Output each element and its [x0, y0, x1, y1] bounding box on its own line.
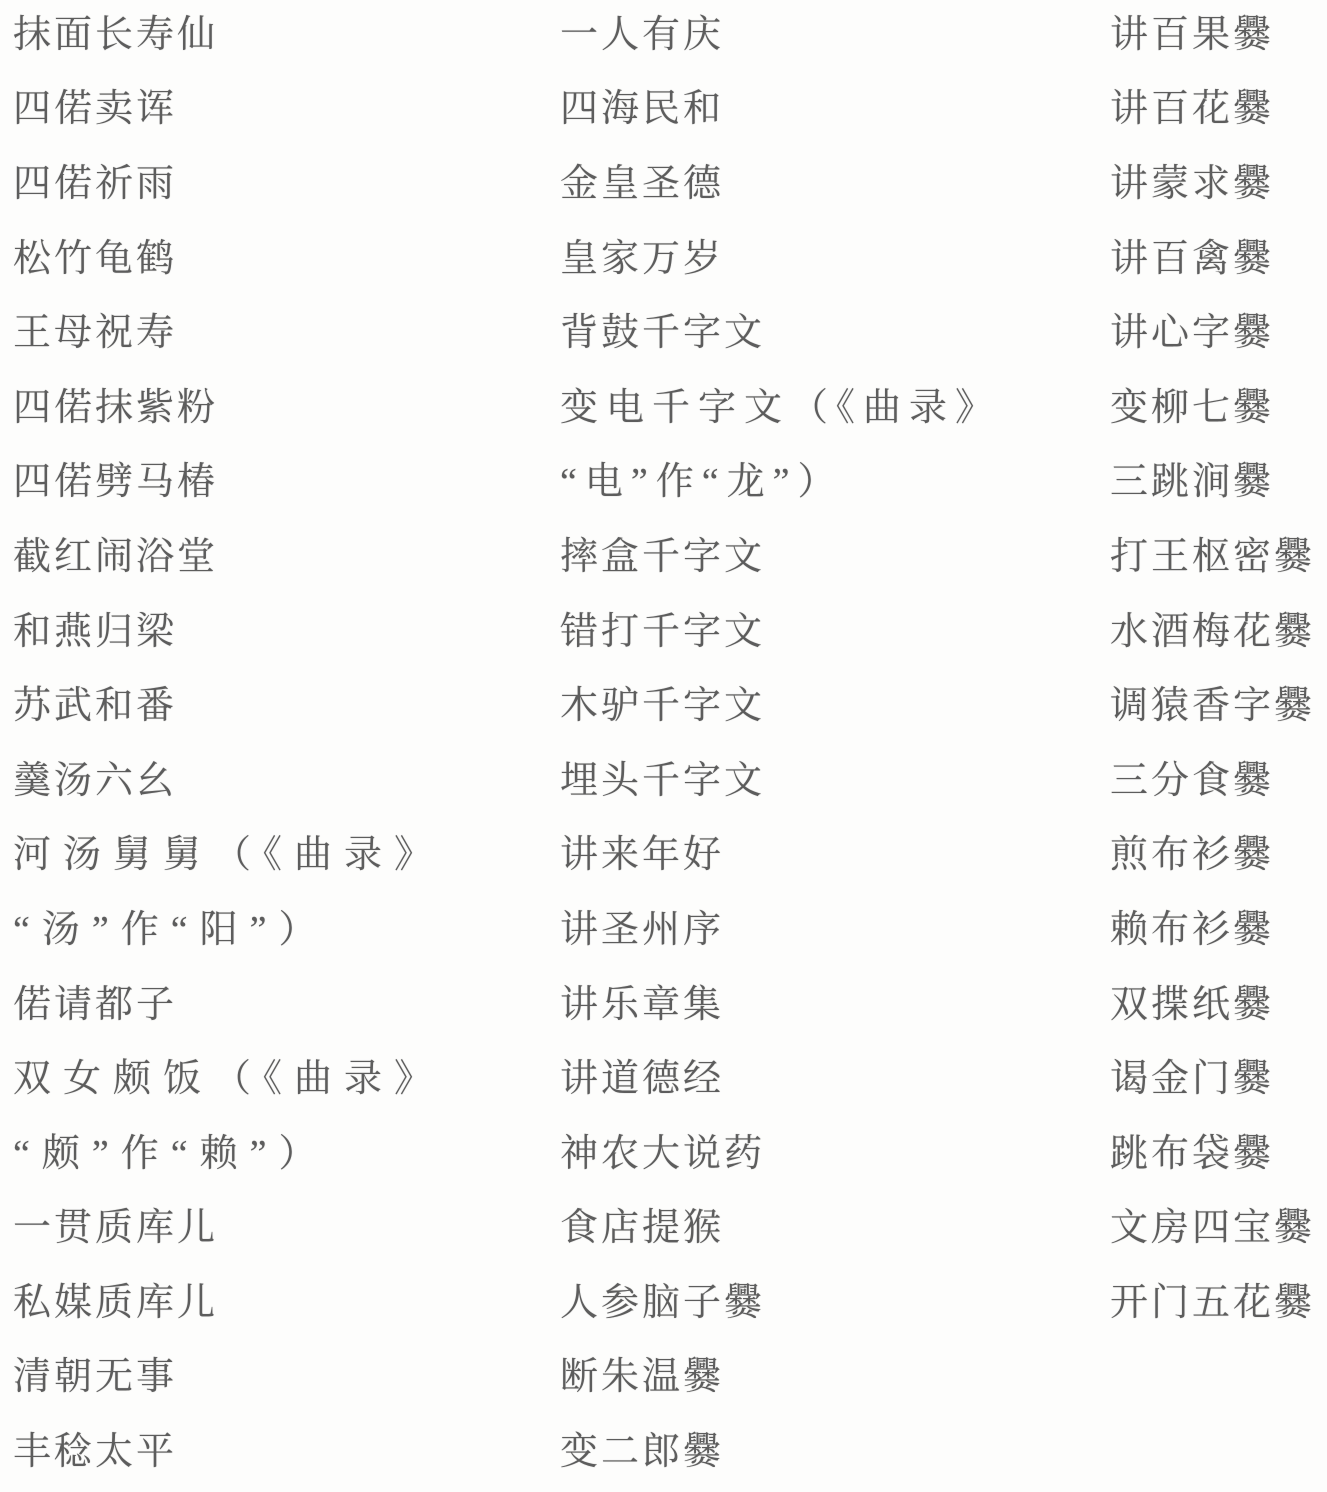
title-entry — [1110, 1410, 1327, 1485]
title-entry: 一人有庆 — [560, 0, 1110, 68]
scanned-book-page: 抹面长寿仙一人有庆讲百果爨四偌卖诨四海民和讲百花爨四偌祈雨金皇圣德讲蒙求爨松竹龟… — [0, 0, 1327, 1492]
title-entry: 三跳涧爨 — [1110, 441, 1327, 516]
title-entry: 讲道德经 — [560, 1037, 1110, 1112]
title-entry: 讲百花爨 — [1110, 68, 1327, 143]
title-entry: 食店提猴 — [560, 1187, 1110, 1262]
title-entry: 错打千字文 — [560, 590, 1110, 665]
title-entry: 一贯质库儿 — [13, 1187, 560, 1262]
title-list: 抹面长寿仙一人有庆讲百果爨四偌卖诨四海民和讲百花爨四偌祈雨金皇圣德讲蒙求爨松竹龟… — [13, 0, 1327, 1485]
title-entry: 调猿香字爨 — [1110, 664, 1327, 739]
title-entry: 讲百果爨 — [1110, 0, 1327, 68]
title-entry: 背鼓千字文 — [560, 291, 1110, 366]
title-entry: 讲来年好 — [560, 814, 1110, 889]
title-entry: “电”作“龙”） — [560, 441, 1110, 516]
title-entry: 讲心字爨 — [1110, 291, 1327, 366]
title-entry: 三分食爨 — [1110, 739, 1327, 814]
title-entry: 人参脑子爨 — [560, 1261, 1110, 1336]
title-entry: 水酒梅花爨 — [1110, 590, 1327, 665]
title-entry: 四偌祈雨 — [13, 142, 560, 217]
title-entry: 开门五花爨 — [1110, 1261, 1327, 1336]
title-entry: 打王枢密爨 — [1110, 515, 1327, 590]
title-entry: 王母祝寿 — [13, 291, 560, 366]
title-entry: 断朱温爨 — [560, 1336, 1110, 1411]
title-entry: 文房四宝爨 — [1110, 1187, 1327, 1262]
title-entry: 变柳七爨 — [1110, 366, 1327, 441]
title-entry: 变电千字文（《曲录》 — [560, 366, 1110, 441]
title-entry: 四偌抹紫粉 — [13, 366, 560, 441]
title-entry: 苏武和番 — [13, 664, 560, 739]
title-entry: 神农大说药 — [560, 1112, 1110, 1187]
title-entry: 和燕归梁 — [13, 590, 560, 665]
title-entry: 四偌劈马椿 — [13, 441, 560, 516]
title-entry: 双女颇饭（《曲录》 — [13, 1037, 560, 1112]
title-entry: 抹面长寿仙 — [13, 0, 560, 68]
title-entry: 清朝无事 — [13, 1336, 560, 1411]
title-entry: 木驴千字文 — [560, 664, 1110, 739]
title-entry: 煎布衫爨 — [1110, 814, 1327, 889]
title-entry: 私媒质库儿 — [13, 1261, 560, 1336]
title-entry: “汤”作“阳”） — [13, 888, 560, 963]
title-entry: “颇”作“赖”） — [13, 1112, 560, 1187]
title-entry: 埋头千字文 — [560, 739, 1110, 814]
title-entry: 丰稔太平 — [13, 1410, 560, 1485]
title-entry: 金皇圣德 — [560, 142, 1110, 217]
title-entry: 讲乐章集 — [560, 963, 1110, 1038]
title-entry: 四偌卖诨 — [13, 68, 560, 143]
title-entry: 赖布衫爨 — [1110, 888, 1327, 963]
title-entry: 截红闹浴堂 — [13, 515, 560, 590]
title-entry: 摔盒千字文 — [560, 515, 1110, 590]
title-entry: 双揲纸爨 — [1110, 963, 1327, 1038]
title-entry: 皇家万岁 — [560, 217, 1110, 292]
title-entry — [1110, 1336, 1327, 1411]
title-entry: 羹汤六幺 — [13, 739, 560, 814]
title-entry: 四海民和 — [560, 68, 1110, 143]
title-entry: 变二郎爨 — [560, 1410, 1110, 1485]
title-entry: 谒金门爨 — [1110, 1037, 1327, 1112]
title-entry: 松竹龟鹤 — [13, 217, 560, 292]
title-entry: 讲百禽爨 — [1110, 217, 1327, 292]
title-entry: 讲圣州序 — [560, 888, 1110, 963]
title-entry: 河汤舅舅（《曲录》 — [13, 814, 560, 889]
title-entry: 讲蒙求爨 — [1110, 142, 1327, 217]
title-entry: 偌请都子 — [13, 963, 560, 1038]
title-entry: 跳布袋爨 — [1110, 1112, 1327, 1187]
